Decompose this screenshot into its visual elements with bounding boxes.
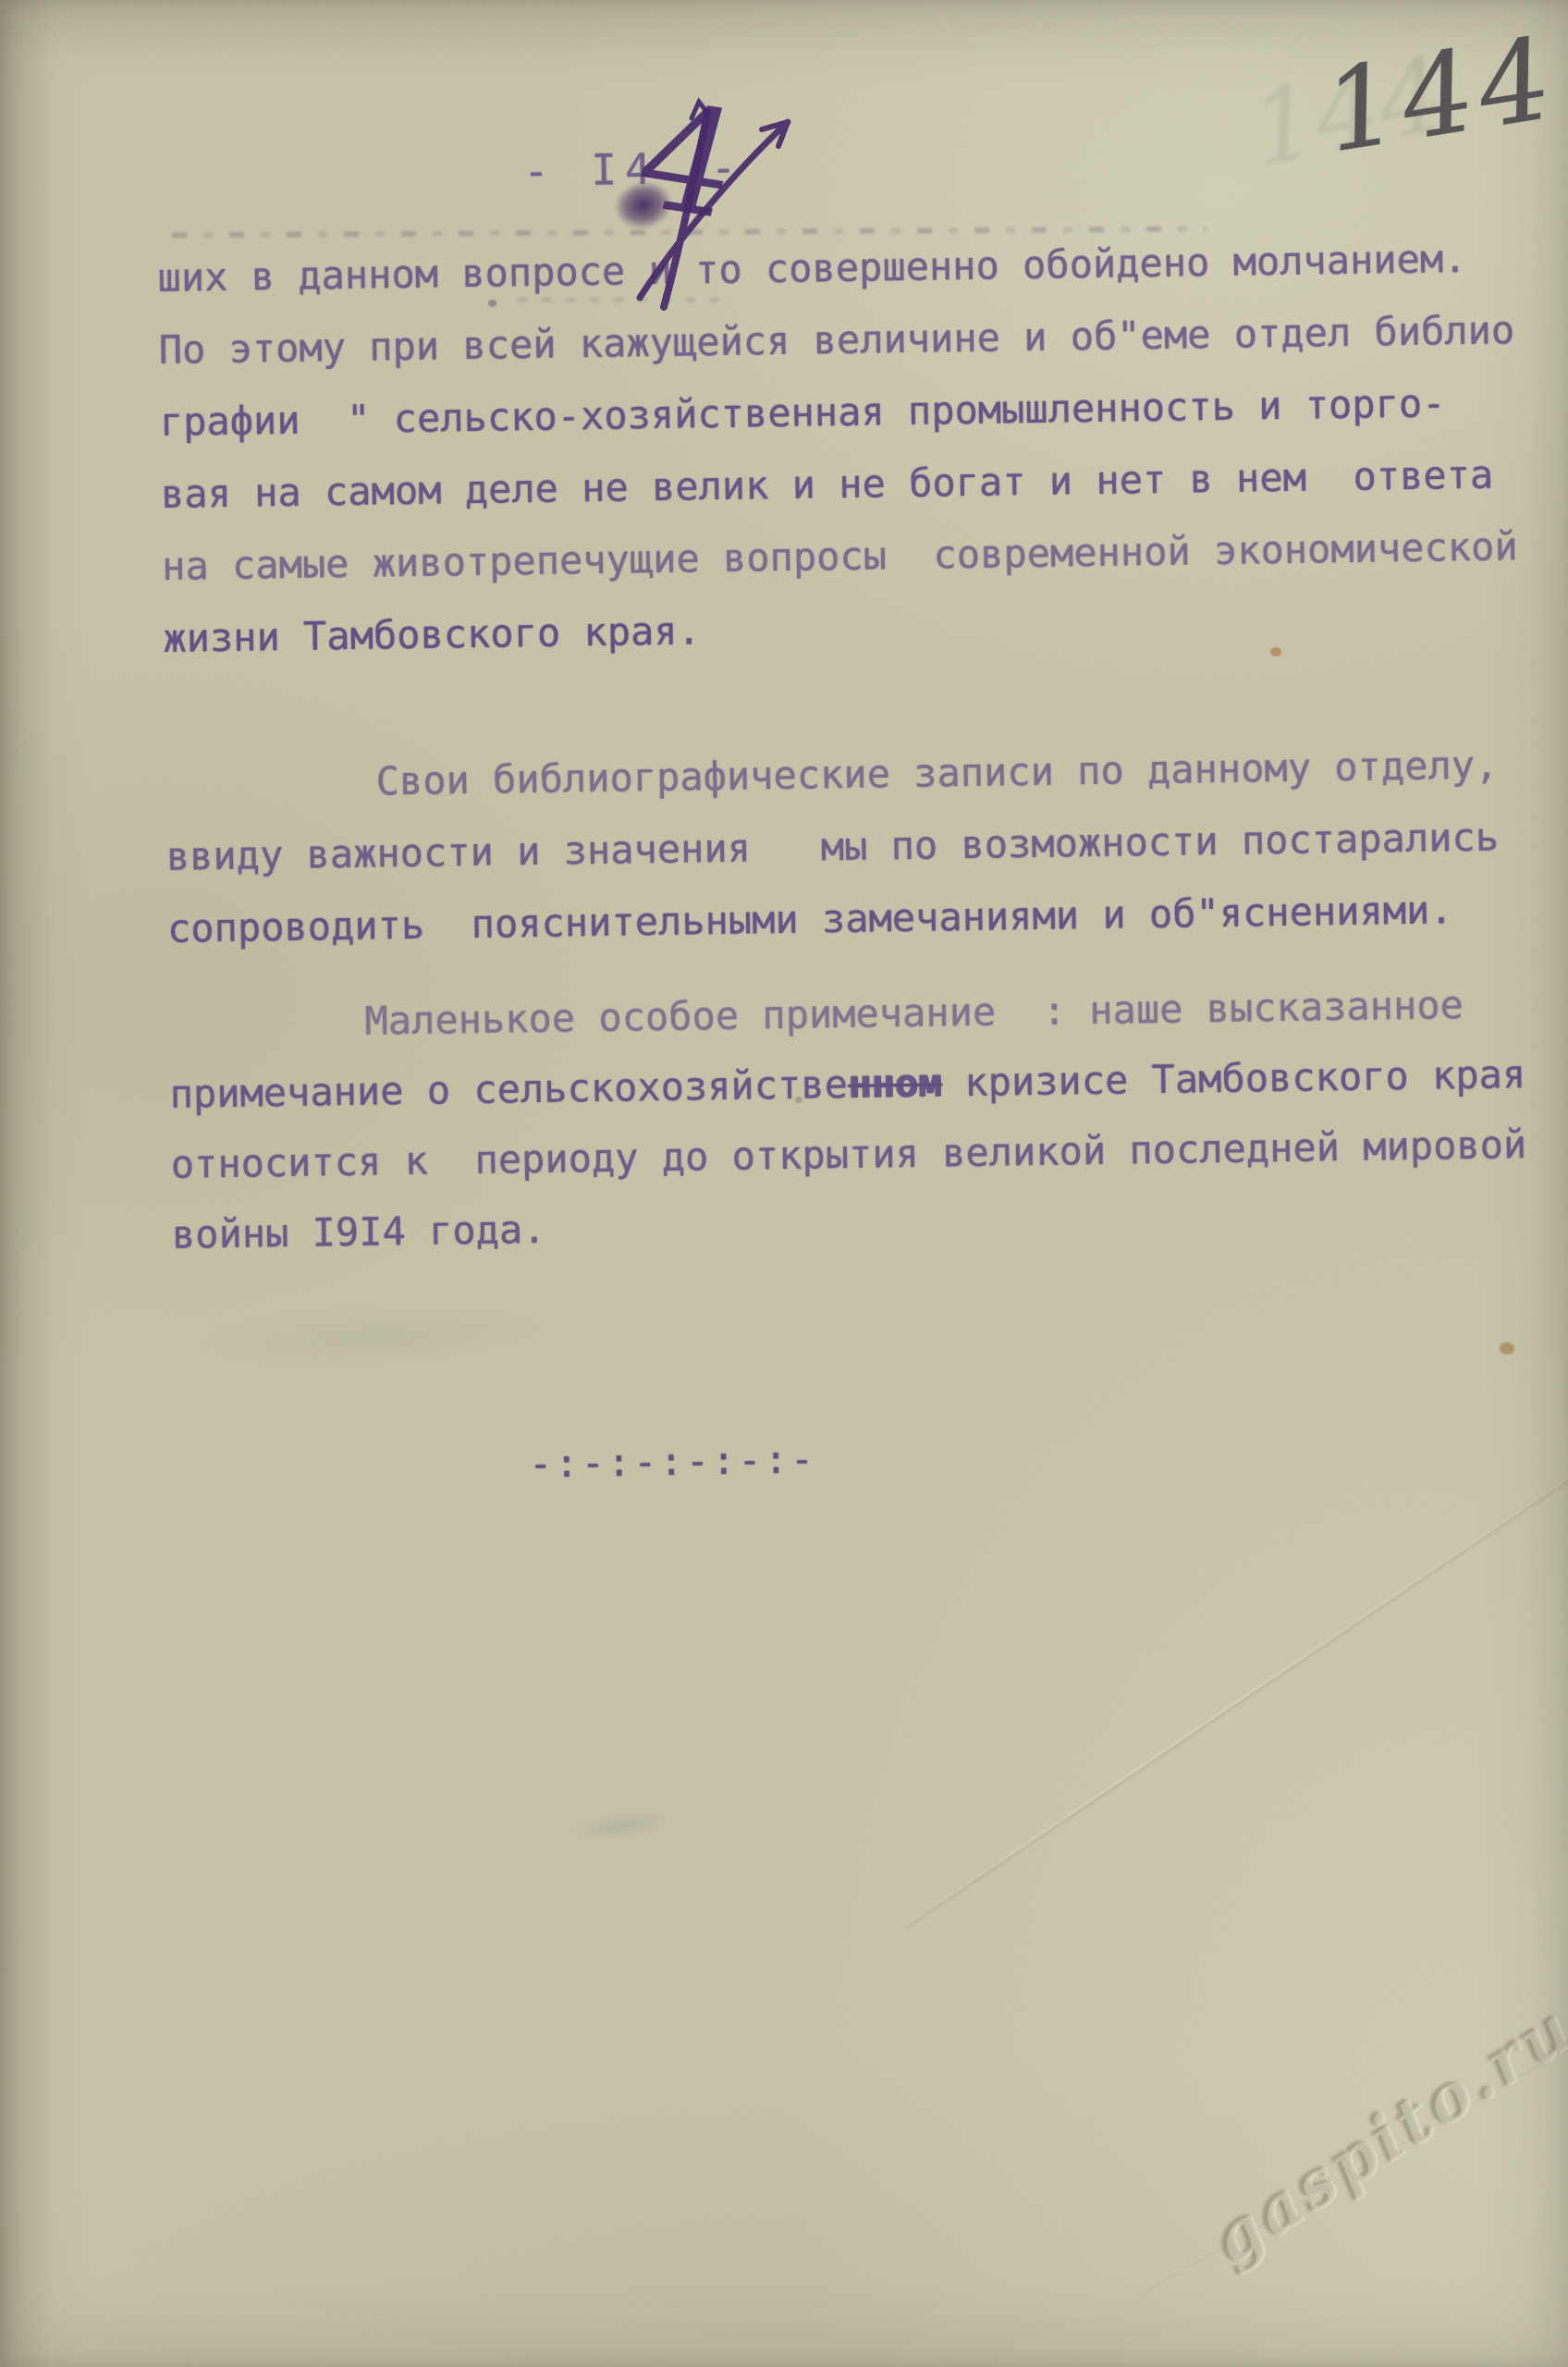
typed-text-block: ших в данном вопросе и то совершенно обо…	[157, 221, 1568, 1270]
overstruck-text-segment: нном	[848, 1061, 942, 1107]
smudge	[565, 1807, 678, 1846]
rust-speck	[1500, 1343, 1514, 1355]
handwritten-page-number: 144	[1324, 19, 1555, 170]
scanned-document-page: 144 144 - I4- 4 ших в данном вопросе и т…	[0, 0, 1568, 2367]
bleedthrough-smudge	[183, 1292, 575, 1383]
paragraph-3: Маленькое особое примечание : наше выска…	[168, 968, 1568, 1270]
paper-crease	[906, 1417, 1568, 1925]
watermark: gaspito.ru	[1197, 1988, 1568, 2278]
ink-scribble-flourish-icon	[518, 65, 851, 342]
text-segment: примечание о сельскохозяйстве	[169, 1061, 848, 1117]
section-divider: -:-:-:-:-:-	[529, 1436, 817, 1486]
paragraph-2: Свои библиографические записи по данному…	[165, 728, 1568, 965]
text-segment: кризисе Тамбовского края	[941, 1051, 1526, 1105]
paragraph-1: ших в данном вопросе и то совершенно обо…	[157, 221, 1568, 675]
